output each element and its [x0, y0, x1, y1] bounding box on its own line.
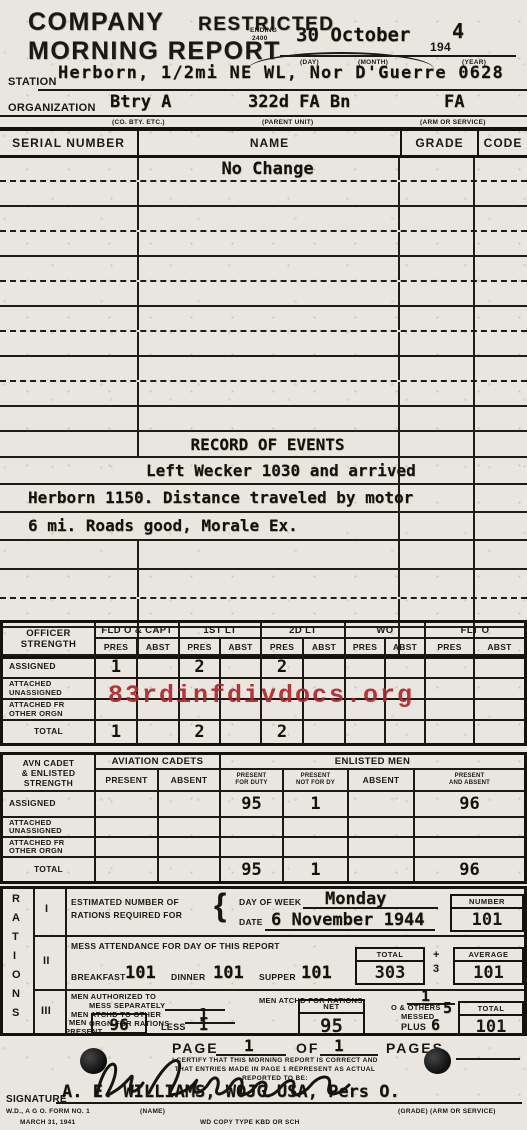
event-line-2: Herborn 1150. Distance traveled by motor	[28, 488, 413, 507]
less-value: 1	[199, 1016, 208, 1034]
estimated-label-2: RATIONS REQUIRED FOR	[71, 910, 182, 920]
rations-total-label: TOTAL	[460, 1003, 522, 1016]
col-name: NAME	[139, 131, 402, 155]
abst-header: ABST	[475, 639, 524, 656]
morning-report-scan: COMPANY RESTRICTED MORNING REPORT ENDING…	[0, 0, 527, 1130]
roman-ii: II	[43, 955, 50, 967]
roster-entry-row: No Change	[0, 158, 527, 182]
row-label-attached-fr-other: ATTACHED FR OTHER ORGN	[3, 700, 96, 721]
rations-row-divider	[33, 935, 524, 937]
cell	[415, 838, 524, 858]
net-box: NET 95	[298, 999, 365, 1035]
cell	[284, 818, 349, 838]
cell	[386, 656, 426, 679]
cell	[284, 838, 349, 858]
roster-empty-row	[0, 570, 527, 599]
cell: 2	[180, 656, 221, 679]
abst-header: ABST	[221, 639, 262, 656]
station-underline	[38, 72, 527, 91]
cadet-absent-header: ABSENT	[159, 770, 221, 792]
cell: 96	[415, 792, 524, 818]
col-grade: GRADE	[402, 131, 479, 155]
men-label: MEN	[69, 1018, 87, 1027]
rations-date-underline	[265, 915, 435, 931]
ending-label: ENDING	[250, 27, 277, 34]
cell	[346, 656, 386, 679]
dinner-label: DINNER	[171, 972, 205, 982]
row-label-assigned: ASSIGNED	[3, 792, 96, 818]
number-box-value: 101	[452, 909, 522, 930]
rations-total-value: 101	[460, 1016, 522, 1037]
cell: 96	[415, 858, 524, 881]
cell	[96, 792, 159, 818]
officer-strength-title-cell: OFFICER STRENGTH	[3, 623, 96, 656]
grade-sublabel: (GRADE) (ARM OR SERVICE)	[398, 1108, 496, 1115]
cell	[386, 721, 426, 743]
number-box: NUMBER 101	[450, 894, 524, 932]
men-present-box: 96	[91, 1013, 147, 1034]
roster-empty-row	[0, 407, 527, 432]
cell	[304, 721, 346, 743]
roster-empty-row	[0, 332, 527, 357]
cell	[426, 700, 475, 721]
estimated-label-1: ESTIMATED NUMBER OF	[71, 897, 179, 907]
label-line: UNASSIGNED	[9, 827, 62, 835]
cell	[221, 838, 284, 858]
mess-attendance-label: MESS ATTENDANCE FOR DAY OF THIS REPORT	[71, 941, 280, 951]
plus-label: PLUS	[401, 1022, 426, 1032]
officer-title-line1: OFFICER	[21, 628, 76, 639]
rations-total-box: TOTAL 101	[458, 1001, 524, 1035]
others-value: 5	[443, 999, 452, 1017]
date-label: DATE	[239, 917, 263, 927]
avn-enlisted-table: AVN CADET & ENLISTED STRENGTH AVIATION C…	[0, 752, 527, 884]
form-title-morning-report: MORNING REPORT	[28, 37, 281, 66]
no-change-entry: No Change	[137, 159, 398, 179]
roster-empty-row	[0, 182, 527, 207]
abst-header: ABST	[304, 639, 346, 656]
organization-underline	[0, 98, 527, 117]
dinner-value: 101	[213, 963, 244, 983]
cell: 1	[284, 792, 349, 818]
row-label-attached-fr-other: ATTACHED FR OTHER ORGN	[3, 838, 96, 858]
org-unit-sublabel: (CO. BTY. ETC.)	[112, 119, 165, 126]
rations-vertical-label-col: R A T I O N S	[3, 889, 35, 1033]
rations-section: R A T I O N S I II III ESTIMATED NUMBER …	[0, 886, 527, 1036]
officer-group-header: FLD O & CAPT	[96, 623, 180, 639]
divide-plus-glyph: +	[433, 949, 440, 961]
avn-title-line: AVN CADET	[22, 758, 76, 768]
supper-value: 101	[301, 963, 332, 983]
cell	[349, 858, 415, 881]
roster-header-row: SERIAL NUMBER NAME GRADE CODE	[0, 131, 527, 158]
cell	[96, 818, 159, 838]
avn-title-line: & ENLISTED	[22, 768, 76, 778]
cell	[475, 721, 524, 743]
plus-value: 6	[431, 1016, 440, 1034]
record-of-events-title-row: RECORD OF EVENTS	[0, 432, 527, 458]
cell: 95	[221, 858, 284, 881]
cell	[304, 656, 346, 679]
rations-letter: A	[12, 912, 20, 924]
cell: 1	[96, 721, 138, 743]
pres-header: PRES	[346, 639, 386, 656]
label-line: FOR DUTY	[235, 780, 267, 787]
net-value: 95	[300, 1014, 363, 1037]
enlisted-men-header: ENLISTED MEN	[221, 755, 524, 770]
cell	[349, 838, 415, 858]
label-line: PRESENT	[449, 773, 490, 780]
officer-group-header: 1ST LT	[180, 623, 262, 639]
divide-three-glyph: 3	[433, 963, 439, 975]
roster-empty-row	[0, 232, 527, 257]
net-label: NET	[300, 1001, 363, 1014]
enlisted-col-header: PRESENT FOR DUTY	[221, 770, 284, 792]
handwritten-signature	[85, 1045, 355, 1109]
cell	[426, 679, 475, 700]
avn-title-line: STRENGTH	[22, 778, 76, 788]
name-sublabel: (NAME)	[140, 1108, 165, 1115]
mess-separately-label: MESS SEPARATELY	[89, 1001, 165, 1010]
cell	[221, 818, 284, 838]
enlisted-col-header: PRESENT NOT FOR DY	[284, 770, 349, 792]
row-label-total: TOTAL	[3, 858, 96, 881]
cell	[159, 792, 221, 818]
stray-mark-line	[456, 1058, 520, 1060]
rations-letter: N	[12, 988, 20, 1000]
roster-empty-row	[0, 382, 527, 407]
cell	[221, 656, 262, 679]
pres-header: PRES	[426, 639, 475, 656]
col-code: CODE	[479, 131, 527, 155]
supper-label: SUPPER	[259, 972, 296, 982]
bottom-note: WD COPY TYPE KBD OR SCH	[200, 1119, 300, 1126]
cell: 2	[262, 656, 304, 679]
row-label-total: TOTAL	[3, 721, 96, 743]
row-label-attached-unassigned: ATTACHED UNASSIGNED	[3, 679, 96, 700]
cell	[96, 838, 159, 858]
cell	[221, 721, 262, 743]
aviation-cadets-header: AVIATION CADETS	[96, 755, 221, 770]
mess-total-label: TOTAL	[357, 949, 423, 962]
watermark: 83rdinfdivdocs.org	[108, 681, 414, 710]
cell	[349, 818, 415, 838]
cell	[415, 818, 524, 838]
label-line: OTHER ORGN	[9, 847, 65, 855]
cell	[475, 656, 524, 679]
cell	[426, 656, 475, 679]
year-underline	[428, 38, 516, 57]
roman-i: I	[45, 903, 48, 915]
cell	[475, 700, 524, 721]
event-line-row: Left Wecker 1030 and arrived	[0, 458, 527, 485]
event-line-row: 6 mi. Roads good, Morale Ex.	[0, 513, 527, 541]
rations-roman-col: I II III	[33, 889, 67, 1033]
avn-title-cell: AVN CADET & ENLISTED STRENGTH	[3, 755, 96, 792]
day-of-week-label: DAY OF WEEK	[239, 897, 301, 907]
mess-total-value: 303	[357, 962, 423, 983]
cell	[159, 838, 221, 858]
label-line: PRESENT	[296, 773, 335, 780]
atchd-other-underline	[185, 1008, 235, 1024]
cell	[96, 858, 159, 881]
rations-letter: T	[12, 931, 19, 943]
event-line-3: 6 mi. Roads good, Morale Ex.	[28, 516, 298, 535]
officer-group-header: FLT O	[426, 623, 524, 639]
form-number: W.D., A G O. FORM NO. 1	[6, 1108, 90, 1115]
cadet-present-header: PRESENT	[96, 770, 159, 792]
record-of-events-title: RECORD OF EVENTS	[137, 435, 398, 454]
average-value: 101	[455, 962, 522, 983]
number-box-label: NUMBER	[452, 896, 522, 909]
less-label: LESS	[161, 1022, 186, 1032]
breakfast-label: BREAKFAST	[71, 972, 126, 982]
cell	[138, 656, 180, 679]
brace-glyph: {	[214, 887, 226, 924]
roster-empty-row	[0, 357, 527, 382]
cell: 1	[96, 656, 138, 679]
abst-header: ABST	[386, 639, 426, 656]
cell: 95	[221, 792, 284, 818]
men-present-value: 96	[109, 1015, 128, 1034]
roster-empty-row	[0, 282, 527, 307]
average-box: AVERAGE 101	[453, 947, 524, 985]
mess-total-box: TOTAL 303	[355, 947, 425, 985]
officer-group-header: 2D LT	[262, 623, 346, 639]
roster-table: SERIAL NUMBER NAME GRADE CODE No Change …	[0, 127, 527, 659]
rations-letter: R	[12, 893, 20, 905]
ending-time-label: 2400	[252, 35, 268, 42]
cell: 2	[180, 721, 221, 743]
form-title-company: COMPANY	[28, 8, 164, 37]
org-arm-sublabel: (ARM OR SERVICE)	[420, 119, 486, 126]
rations-letter: O	[12, 969, 21, 981]
cell	[426, 721, 475, 743]
cell	[159, 818, 221, 838]
row-label-attached-unassigned: ATTACHED UNASSIGNED	[3, 818, 96, 838]
roman-iii: III	[41, 1005, 51, 1017]
event-line-1: Left Wecker 1030 and arrived	[146, 461, 416, 480]
col-serial-number: SERIAL NUMBER	[0, 131, 139, 155]
breakfast-value: 101	[125, 963, 156, 983]
officer-title-line2: STRENGTH	[21, 639, 76, 650]
pres-header: PRES	[262, 639, 304, 656]
enlisted-col-header: PRESENT AND ABSENT	[415, 770, 524, 792]
rations-letter: I	[13, 950, 16, 962]
roster-empty-row	[0, 307, 527, 332]
others-label-2: MESSED	[401, 1012, 434, 1021]
cell	[475, 679, 524, 700]
cell	[349, 792, 415, 818]
pres-header: PRES	[180, 639, 221, 656]
officer-group-header: WO	[346, 623, 426, 639]
label-line: AND ABSENT	[449, 780, 490, 787]
form-date: MARCH 31, 1941	[20, 1119, 76, 1126]
row-label-assigned: ASSIGNED	[3, 656, 96, 679]
cell	[159, 858, 221, 881]
org-parent-sublabel: (PARENT UNIT)	[262, 119, 313, 126]
men-authorized-label: MEN AUTHORIZED TO	[71, 992, 156, 1001]
others-label-1: O & OTHERS	[391, 1003, 441, 1012]
abst-header: ABST	[138, 639, 180, 656]
roster-empty-row	[0, 541, 527, 570]
average-label: AVERAGE	[455, 949, 522, 962]
day-underline	[303, 893, 438, 909]
cell: 2	[262, 721, 304, 743]
label-line: NOT FOR DY	[296, 780, 335, 787]
pres-header: PRES	[96, 639, 138, 656]
label-line: PRESENT	[235, 773, 267, 780]
roster-empty-row	[0, 257, 527, 282]
cell	[138, 721, 180, 743]
roster-empty-row	[0, 207, 527, 232]
rations-letter: S	[12, 1007, 20, 1019]
label-line: OTHER ORGN	[9, 710, 65, 718]
label-line: UNASSIGNED	[9, 689, 62, 697]
cell	[346, 721, 386, 743]
cell: 1	[284, 858, 349, 881]
event-line-row: Herborn 1150. Distance traveled by motor	[0, 485, 527, 513]
enlisted-col-header: ABSENT	[349, 770, 415, 792]
